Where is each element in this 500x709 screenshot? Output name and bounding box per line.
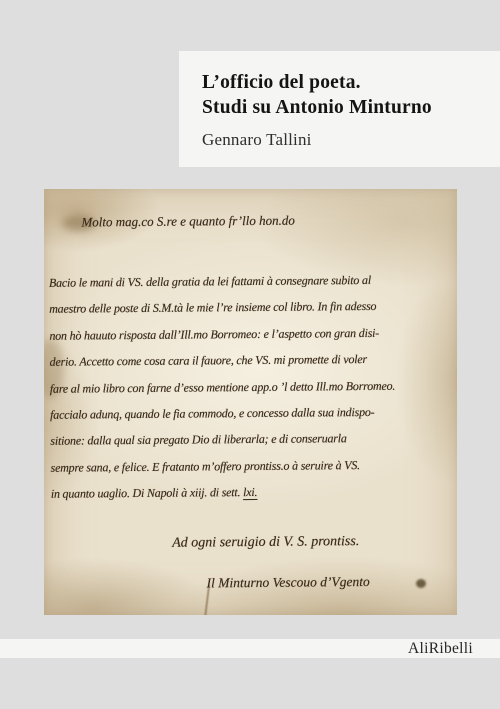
manuscript-line: Bacio le mani di VS. della gratia da lei…: [49, 267, 395, 296]
publisher-band: AliRibelli: [0, 639, 500, 658]
book-cover: L’officio del poeta. Studi su Antonio Mi…: [0, 0, 500, 709]
book-title-line-1: L’officio del poeta.: [202, 71, 490, 96]
manuscript-line: maestro delle poste di S.M.tà le mie l’r…: [49, 293, 395, 322]
manuscript-date-line: in quanto uaglio. Di Napoli à xiij. di s…: [51, 478, 397, 507]
manuscript-signature: Il Minturno Vescouo d’Vgento: [207, 574, 370, 591]
manuscript-line: faccialo adunq, quando le fia commodo, e…: [50, 399, 396, 428]
manuscript-body: Bacio le mani di VS. della gratia da lei…: [49, 267, 396, 508]
manuscript-salutation: Molto mag.co S.re e quanto fr’llo hon.do: [81, 213, 295, 231]
title-block: L’officio del poeta. Studi su Antonio Mi…: [179, 51, 500, 167]
manuscript-date-year: lxi.: [243, 485, 257, 499]
book-title-line-2: Studi su Antonio Minturno: [202, 96, 490, 121]
manuscript-line: sempre sana, e felice. E fratanto m’offe…: [50, 452, 396, 481]
manuscript-line: fare al mio libro con farne d’esso menti…: [50, 372, 396, 401]
manuscript-line: derio. Accetto come cosa cara il fauore,…: [50, 346, 396, 375]
manuscript-date-text: in quanto uaglio. Di Napoli à xiij. di s…: [51, 485, 243, 501]
publisher-name: AliRibelli: [408, 640, 473, 658]
manuscript-closing-line: Ad ogni seruigio di V. S. prontiss.: [172, 534, 359, 552]
author-name: Gennaro Tallini: [202, 130, 490, 150]
manuscript-handwriting: Molto mag.co S.re e quanto fr’llo hon.do…: [44, 189, 457, 615]
manuscript-line: sitione: dalla qual sia pregato Dio di l…: [50, 425, 396, 454]
manuscript-line: non hò hauuto risposta dall’Ill.mo Borro…: [49, 320, 395, 349]
manuscript-image: Molto mag.co S.re e quanto fr’llo hon.do…: [44, 189, 457, 615]
